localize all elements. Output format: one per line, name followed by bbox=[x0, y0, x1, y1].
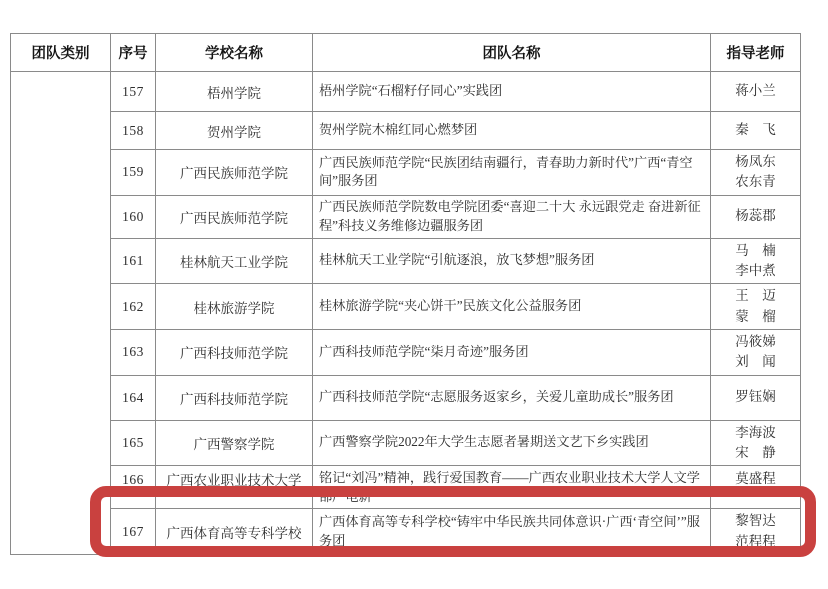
teacher-line: 刘 闻 bbox=[713, 352, 798, 372]
teacher-line: 冯筱娣 bbox=[713, 332, 798, 352]
team-list-table: 团队类别 序号 学校名称 团队名称 指导老师 157 梧州学院 梧州学院“石榴籽… bbox=[10, 33, 801, 555]
team-name: 广西科技师范学院“志愿服务返家乡，关爱儿童助成长”服务团 bbox=[313, 375, 711, 420]
header-school-name: 学校名称 bbox=[156, 34, 313, 72]
table-row: 161 桂林航天工业学院 桂林航天工业学院“引航逐浪，放飞梦想”服务团 马 楠 … bbox=[11, 238, 801, 284]
teacher-names: 莫盛程 bbox=[711, 466, 801, 509]
teacher-line: 宋 静 bbox=[713, 443, 798, 463]
teacher-names: 罗钰娴 bbox=[711, 375, 801, 420]
table-row: 160 广西民族师范学院 广西民族师范学院数电学院团委“喜迎二十大 永远跟党走 … bbox=[11, 195, 801, 238]
table-row: 157 梧州学院 梧州学院“石榴籽仔同心”实践团 蒋小兰 bbox=[11, 72, 801, 112]
header-advisor: 指导老师 bbox=[711, 34, 801, 72]
teacher-line: 马 楠 bbox=[713, 241, 798, 261]
teacher-line: 秦 飞 bbox=[713, 120, 798, 140]
teacher-line: 黎智达 bbox=[713, 511, 798, 531]
school-name: 贺州学院 bbox=[156, 112, 313, 150]
school-name: 广西民族师范学院 bbox=[156, 150, 313, 196]
row-number: 157 bbox=[111, 72, 156, 112]
teacher-names: 李海波 宋 静 bbox=[711, 420, 801, 466]
table-row: 158 贺州学院 贺州学院木棉红同心燃梦团 秦 飞 bbox=[11, 112, 801, 150]
teacher-names: 杨凤东 农东青 bbox=[711, 150, 801, 196]
header-team-name: 团队名称 bbox=[313, 34, 711, 72]
table-row: 159 广西民族师范学院 广西民族师范学院“民族团结南疆行，青春助力新时代”广西… bbox=[11, 150, 801, 196]
team-name: 广西民族师范学院“民族团结南疆行，青春助力新时代”广西“青空间”服务团 bbox=[313, 150, 711, 196]
teacher-line: 蒙 榴 bbox=[713, 307, 798, 327]
header-row: 团队类别 序号 学校名称 团队名称 指导老师 bbox=[11, 34, 801, 72]
teacher-names: 冯筱娣 刘 闻 bbox=[711, 330, 801, 376]
school-name: 广西体育高等专科学校 bbox=[156, 509, 313, 555]
table-row-highlighted: 167 广西体育高等专科学校 广西体育高等专科学校“铸牢中华民族共同体意识·广西… bbox=[11, 509, 801, 555]
header-team-category: 团队类别 bbox=[11, 34, 111, 72]
row-number: 164 bbox=[111, 375, 156, 420]
school-name: 广西科技师范学院 bbox=[156, 375, 313, 420]
row-number: 165 bbox=[111, 420, 156, 466]
teacher-line: 李海波 bbox=[713, 423, 798, 443]
teacher-line: 范程程 bbox=[713, 532, 798, 552]
school-name: 广西民族师范学院 bbox=[156, 195, 313, 238]
team-name: 贺州学院木棉红同心燃梦团 bbox=[313, 112, 711, 150]
teacher-line: 李中煮 bbox=[713, 261, 798, 281]
row-number: 160 bbox=[111, 195, 156, 238]
school-name: 广西警察学院 bbox=[156, 420, 313, 466]
teacher-names: 马 楠 李中煮 bbox=[711, 238, 801, 284]
team-name: 广西体育高等专科学校“铸牢中华民族共同体意识·广西‘青空间’”服务团 bbox=[313, 509, 711, 555]
teacher-line: 莫盛程 bbox=[713, 469, 798, 489]
teacher-line: 罗钰娴 bbox=[713, 387, 798, 407]
team-name: 桂林旅游学院“夹心饼干”民族文化公益服务团 bbox=[313, 284, 711, 330]
team-name: 广西科技师范学院“柒月奇迹”服务团 bbox=[313, 330, 711, 376]
row-number: 166 bbox=[111, 466, 156, 509]
teacher-names: 蒋小兰 bbox=[711, 72, 801, 112]
school-name: 桂林旅游学院 bbox=[156, 284, 313, 330]
table-row: 166 广西农业职业技术大学 铭记“刘冯”精神，践行爱国教育——广西农业职业技术… bbox=[11, 466, 801, 509]
school-name: 桂林航天工业学院 bbox=[156, 238, 313, 284]
teacher-names: 杨蕊郡 bbox=[711, 195, 801, 238]
row-number: 159 bbox=[111, 150, 156, 196]
table-row: 164 广西科技师范学院 广西科技师范学院“志愿服务返家乡，关爱儿童助成长”服务… bbox=[11, 375, 801, 420]
header-serial-number: 序号 bbox=[111, 34, 156, 72]
table-row: 165 广西警察学院 广西警察学院2022年大学生志愿者暑期送文艺下乡实践团 李… bbox=[11, 420, 801, 466]
school-name: 广西农业职业技术大学 bbox=[156, 466, 313, 509]
teacher-names: 秦 飞 bbox=[711, 112, 801, 150]
teacher-line: 王 迈 bbox=[713, 286, 798, 306]
teacher-names: 王 迈 蒙 榴 bbox=[711, 284, 801, 330]
school-name: 梧州学院 bbox=[156, 72, 313, 112]
row-number: 167 bbox=[111, 509, 156, 555]
table-row: 163 广西科技师范学院 广西科技师范学院“柒月奇迹”服务团 冯筱娣 刘 闻 bbox=[11, 330, 801, 376]
team-name: 广西民族师范学院数电学院团委“喜迎二十大 永远跟党走 奋进新征程”科技义务维修边… bbox=[313, 195, 711, 238]
teacher-line: 杨凤东 bbox=[713, 152, 798, 172]
table-row: 162 桂林旅游学院 桂林旅游学院“夹心饼干”民族文化公益服务团 王 迈 蒙 榴 bbox=[11, 284, 801, 330]
document-page: { "table": { "headers": ["团队类别", "序号", "… bbox=[0, 0, 828, 589]
teacher-line: 蒋小兰 bbox=[713, 81, 798, 101]
row-number: 161 bbox=[111, 238, 156, 284]
teacher-line: 农东青 bbox=[713, 172, 798, 192]
team-name: 梧州学院“石榴籽仔同心”实践团 bbox=[313, 72, 711, 112]
team-name: 铭记“刘冯”精神，践行爱国教育——广西农业职业技术大学人文学部广电新 bbox=[313, 466, 711, 509]
teacher-line: 杨蕊郡 bbox=[713, 206, 798, 226]
team-name: 桂林航天工业学院“引航逐浪，放飞梦想”服务团 bbox=[313, 238, 711, 284]
category-cell bbox=[11, 72, 111, 555]
row-number: 158 bbox=[111, 112, 156, 150]
row-number: 162 bbox=[111, 284, 156, 330]
row-number: 163 bbox=[111, 330, 156, 376]
team-name: 广西警察学院2022年大学生志愿者暑期送文艺下乡实践团 bbox=[313, 420, 711, 466]
teacher-names: 黎智达 范程程 bbox=[711, 509, 801, 555]
school-name: 广西科技师范学院 bbox=[156, 330, 313, 376]
